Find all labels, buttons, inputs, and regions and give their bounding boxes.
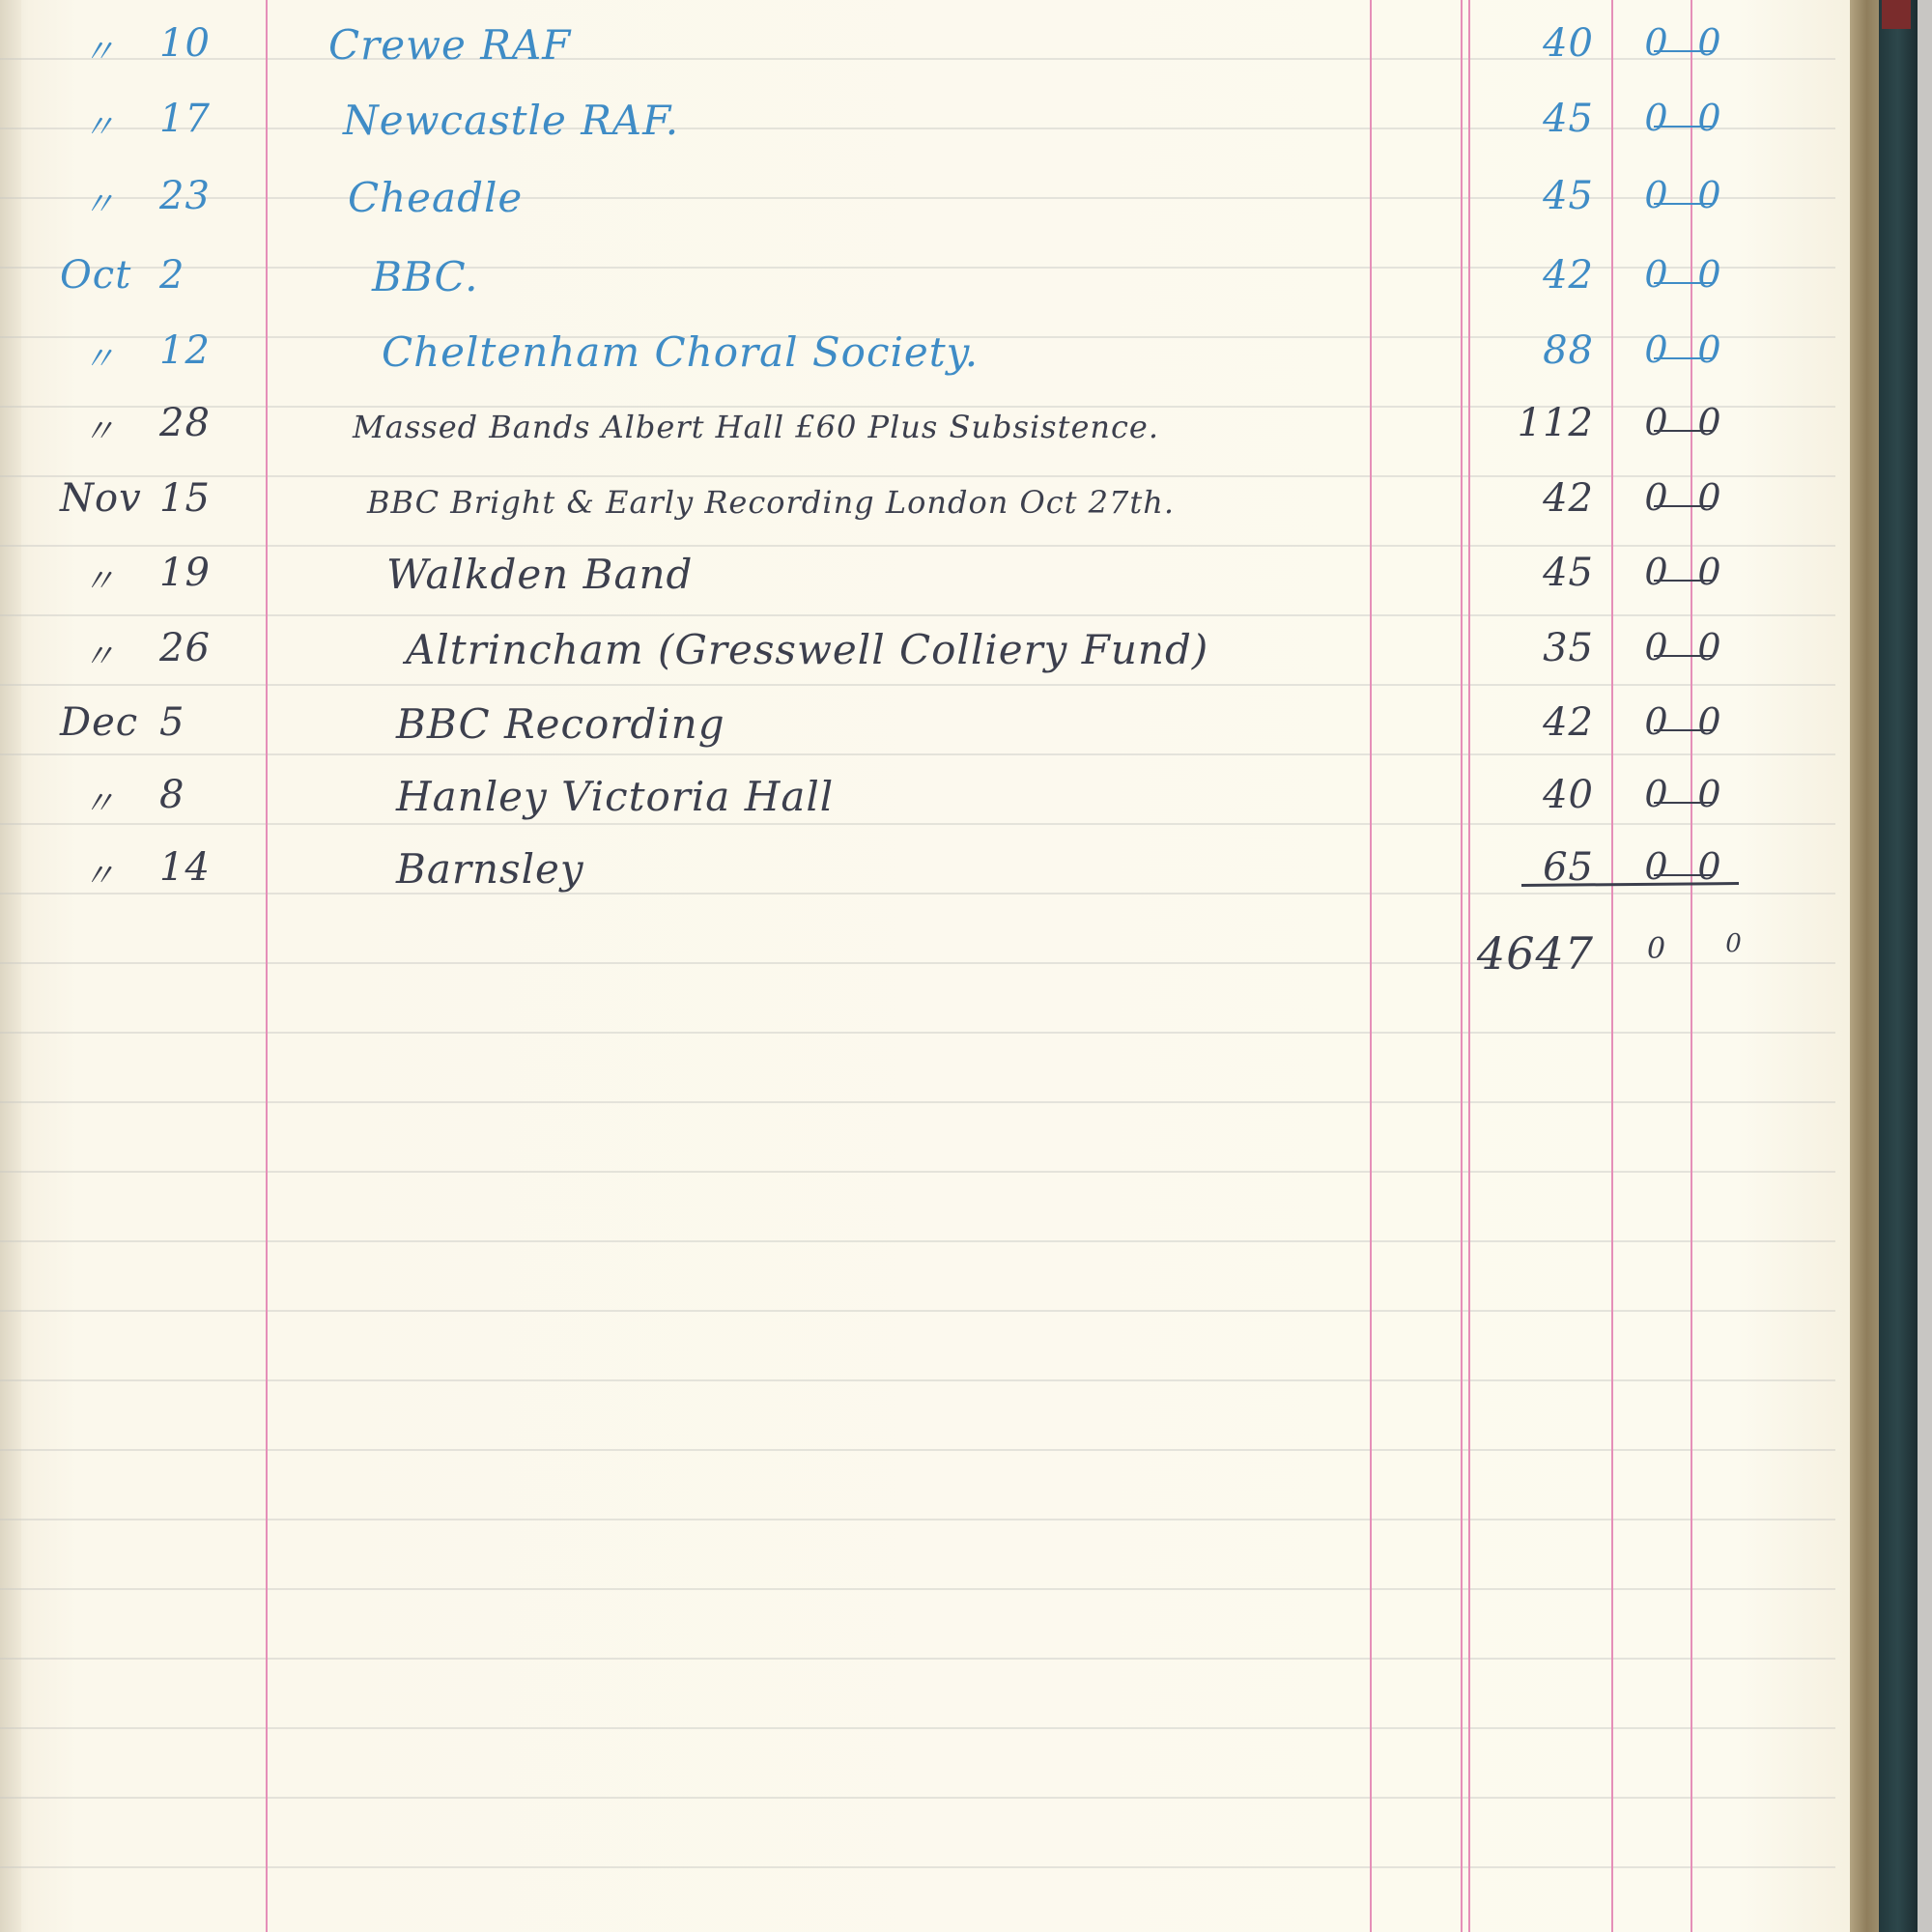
- entry-day: 17: [159, 97, 237, 141]
- entry-pence: 0: [1686, 21, 1734, 64]
- entry-day: 12: [159, 328, 237, 373]
- ruled-line: [0, 893, 1835, 895]
- shillings-pence-connector: [1654, 874, 1712, 876]
- entry-pence: 0: [1686, 626, 1734, 668]
- total-pence: 0: [1710, 929, 1758, 958]
- description-column-rule: [1370, 0, 1372, 1932]
- entry-day: 10: [159, 21, 237, 66]
- shillings-pence-connector: [1654, 729, 1712, 731]
- entry-ditto-mark: 〃: [82, 25, 116, 72]
- entry-description: BBC.: [372, 253, 479, 300]
- ruled-line: [0, 1240, 1835, 1242]
- entry-shillings: 0: [1633, 476, 1681, 519]
- ruled-line: [0, 1310, 1835, 1312]
- entry-pounds: 45: [1488, 551, 1594, 595]
- entry-pence: 0: [1686, 551, 1734, 593]
- entry-description: Crewe RAF: [328, 21, 571, 69]
- entry-description: Massed Bands Albert Hall £60 Plus Subsis…: [353, 409, 1159, 445]
- entry-pounds: 112: [1488, 401, 1594, 445]
- ruled-line: [0, 1588, 1835, 1590]
- entry-pounds: 45: [1488, 174, 1594, 218]
- total-shillings: 0: [1633, 932, 1681, 966]
- shillings-pence-connector: [1654, 505, 1712, 507]
- entry-description: Barnsley: [396, 845, 584, 893]
- ruled-line: [0, 1449, 1835, 1451]
- entry-description: Newcastle RAF.: [343, 97, 679, 144]
- spine-headband: [1882, 0, 1911, 29]
- ruled-line: [0, 1727, 1835, 1729]
- entry-month: Oct: [60, 253, 131, 298]
- entry-pence: 0: [1686, 773, 1734, 815]
- entry-shillings: 0: [1633, 97, 1681, 139]
- entry-pounds: 40: [1488, 773, 1594, 817]
- entry-shillings: 0: [1633, 328, 1681, 371]
- shillings-pence-connector: [1654, 802, 1712, 804]
- entry-pounds: 42: [1488, 700, 1594, 745]
- shillings-pence-connector: [1654, 203, 1712, 205]
- entry-description: Hanley Victoria Hall: [396, 773, 834, 820]
- entry-day: 15: [159, 476, 237, 521]
- entry-day: 8: [159, 773, 237, 817]
- shillings-pence-connector: [1654, 430, 1712, 432]
- shillings-column-rule: [1611, 0, 1613, 1932]
- entry-day: 5: [159, 700, 237, 745]
- ruled-line: [0, 1032, 1835, 1034]
- entry-description: Cheltenham Choral Society.: [382, 328, 979, 376]
- book-spine: [1879, 0, 1918, 1932]
- entry-pounds: 42: [1488, 253, 1594, 298]
- ruled-line: [0, 1379, 1835, 1381]
- entry-description: Altrincham (Gresswell Colliery Fund): [406, 626, 1208, 673]
- shillings-pence-connector: [1654, 50, 1712, 52]
- entry-pence: 0: [1686, 476, 1734, 519]
- ruled-line: [0, 1101, 1835, 1103]
- page-edge-shadow: [0, 0, 21, 1932]
- total-pounds: 4647: [1449, 927, 1594, 980]
- shillings-pence-connector: [1654, 126, 1712, 128]
- ruled-line: [0, 684, 1835, 686]
- entry-shillings: 0: [1633, 626, 1681, 668]
- entry-description: Walkden Band: [386, 551, 693, 598]
- ruled-line: [0, 1797, 1835, 1799]
- ruled-line: [0, 1171, 1835, 1173]
- entry-shillings: 0: [1633, 551, 1681, 593]
- entry-day: 28: [159, 401, 237, 445]
- entry-description: Cheadle: [348, 174, 523, 221]
- entry-pounds: 40: [1488, 21, 1594, 66]
- entry-shillings: 0: [1633, 174, 1681, 216]
- entry-ditto-mark: 〃: [82, 405, 116, 452]
- entry-ditto-mark: 〃: [82, 100, 116, 148]
- entry-pence: 0: [1686, 97, 1734, 139]
- entry-pence: 0: [1686, 700, 1734, 743]
- entry-ditto-mark: 〃: [82, 849, 116, 896]
- ledger-page: 〃10Crewe RAF4000〃17Newcastle RAF.4500〃23…: [0, 0, 1850, 1932]
- entry-day: 2: [159, 253, 237, 298]
- entry-shillings: 0: [1633, 773, 1681, 815]
- entry-day: 23: [159, 174, 237, 218]
- entry-pence: 0: [1686, 253, 1734, 296]
- ruled-line: [0, 545, 1835, 547]
- entry-ditto-mark: 〃: [82, 777, 116, 824]
- entry-pounds: 45: [1488, 97, 1594, 141]
- entry-day: 14: [159, 845, 237, 890]
- ruled-line: [0, 753, 1835, 755]
- background: [1918, 0, 1932, 1932]
- entry-pounds: 88: [1488, 328, 1594, 373]
- ruled-line: [0, 1519, 1835, 1520]
- entry-ditto-mark: 〃: [82, 554, 116, 602]
- entry-pence: 0: [1686, 328, 1734, 371]
- entry-pounds: 35: [1488, 626, 1594, 670]
- entry-ditto-mark: 〃: [82, 630, 116, 677]
- entry-shillings: 0: [1633, 845, 1681, 888]
- entry-shillings: 0: [1633, 21, 1681, 64]
- entry-shillings: 0: [1633, 253, 1681, 296]
- entry-shillings: 0: [1633, 700, 1681, 743]
- shillings-pence-connector: [1654, 357, 1712, 359]
- entry-month: Nov: [60, 476, 142, 521]
- ruled-line: [0, 1866, 1835, 1868]
- shillings-pence-connector: [1654, 655, 1712, 657]
- entry-month: Dec: [60, 700, 138, 745]
- entry-pence: 0: [1686, 401, 1734, 443]
- shillings-pence-connector: [1654, 282, 1712, 284]
- entry-ditto-mark: 〃: [82, 178, 116, 225]
- entry-day: 19: [159, 551, 237, 595]
- shillings-pence-connector: [1654, 580, 1712, 582]
- entry-pounds: 42: [1488, 476, 1594, 521]
- entry-description: BBC Bright & Early Recording London Oct …: [367, 484, 1175, 521]
- entry-description: BBC Recording: [396, 700, 725, 748]
- entry-shillings: 0: [1633, 401, 1681, 443]
- entry-day: 26: [159, 626, 237, 670]
- ruled-line: [0, 823, 1835, 825]
- ruled-line: [0, 1658, 1835, 1660]
- entry-ditto-mark: 〃: [82, 332, 116, 380]
- ruled-line: [0, 614, 1835, 616]
- entry-pence: 0: [1686, 174, 1734, 216]
- date-column-rule: [266, 0, 268, 1932]
